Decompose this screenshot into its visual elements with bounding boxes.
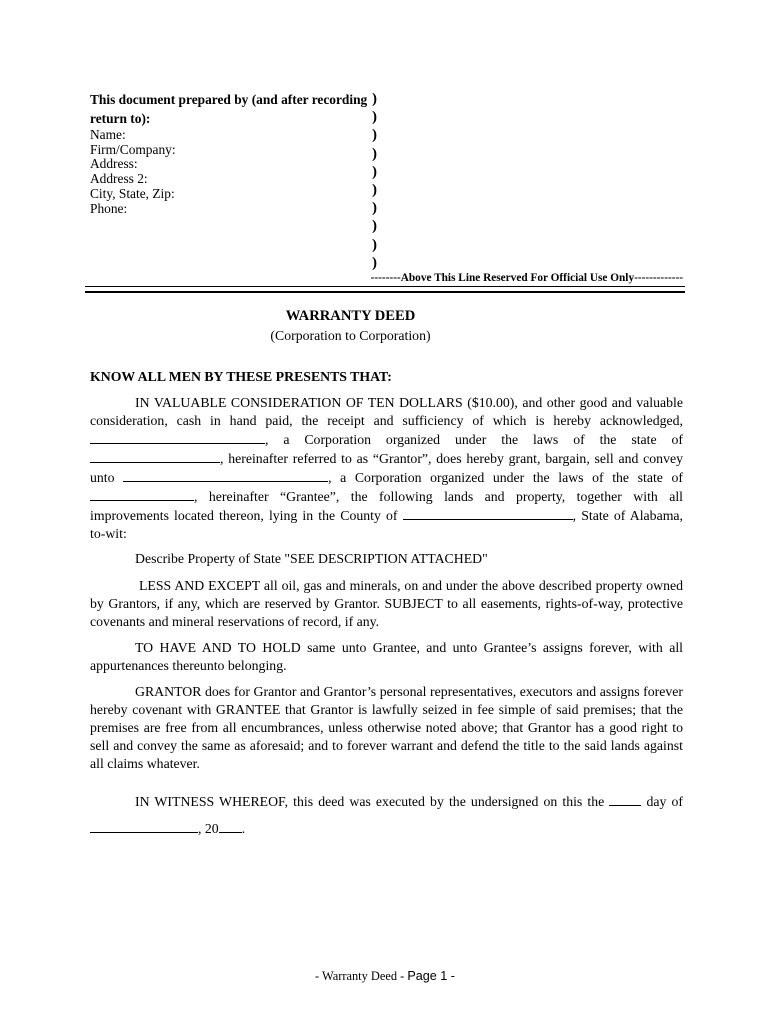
document-title: WARRANTY DEED — [90, 307, 611, 325]
day-blank[interactable] — [609, 792, 641, 806]
field-label-city-state-zip: City, State, Zip: — [90, 187, 372, 202]
warranty-deed-page: This document prepared by (and after rec… — [0, 0, 770, 1024]
divider-rule — [85, 286, 685, 293]
grantor-state-blank[interactable] — [90, 449, 220, 463]
field-label-name: Name: — [90, 128, 372, 143]
consideration-text-2: , a Corporation organized under the laws… — [265, 432, 683, 447]
title-block: WARRANTY DEED (Corporation to Corporatio… — [90, 307, 611, 345]
grantee-state-blank[interactable] — [90, 487, 194, 501]
to-have-and-hold-paragraph: TO HAVE AND TO HOLD same unto Grantee, a… — [90, 639, 683, 675]
field-label-firm-company: Firm/Company: — [90, 143, 372, 158]
recording-info-block: This document prepared by (and after rec… — [90, 90, 372, 216]
notary-paren-column: ) ) ) ) ) ) ) ) ) ) — [372, 90, 377, 272]
above-line-notice: --------Above This Line Reserved For Off… — [90, 272, 683, 285]
consideration-paragraph: IN VALUABLE CONSIDERATION OF TEN DOLLARS… — [90, 394, 683, 543]
year-blank[interactable] — [219, 819, 242, 833]
field-label-address: Address: — [90, 157, 372, 172]
footer-doc-label: - Warranty Deed - — [315, 969, 407, 983]
footer-page-label: Page 1 - — [407, 969, 455, 983]
witness-text-1: IN WITNESS WHEREOF, this deed was execut… — [135, 794, 604, 809]
grantor-covenant-paragraph: GRANTOR does for Grantor and Grantor’s p… — [90, 683, 683, 773]
witness-paragraph: IN WITNESS WHEREOF, this deed was execut… — [90, 788, 683, 842]
page-footer: - Warranty Deed - Page 1 - — [0, 969, 770, 984]
consideration-text-1: IN VALUABLE CONSIDERATION OF TEN DOLLARS… — [90, 395, 683, 428]
field-label-address2: Address 2: — [90, 172, 372, 187]
witness-text-3: , 20 — [198, 821, 219, 836]
county-blank[interactable] — [403, 506, 573, 520]
recording-header: This document prepared by (and after rec… — [90, 90, 683, 272]
less-and-except-paragraph: LESS AND EXCEPT all oil, gas and mineral… — [90, 577, 683, 631]
grantor-name-blank[interactable] — [90, 430, 265, 444]
field-label-phone: Phone: — [90, 202, 372, 217]
presents-heading: KNOW ALL MEN BY THESE PRESENTS THAT: — [90, 368, 683, 386]
describe-property-line: Describe Property of State "SEE DESCRIPT… — [90, 550, 683, 568]
witness-text-2: day of — [646, 794, 683, 809]
prepared-by-label: This document prepared by (and after rec… — [90, 90, 372, 128]
witness-text-4: . — [242, 821, 245, 836]
consideration-text-4: , a Corporation organized under the laws… — [328, 470, 683, 485]
grantee-name-blank[interactable] — [123, 468, 328, 482]
month-blank[interactable] — [90, 819, 198, 833]
document-subtitle: (Corporation to Corporation) — [90, 327, 611, 345]
